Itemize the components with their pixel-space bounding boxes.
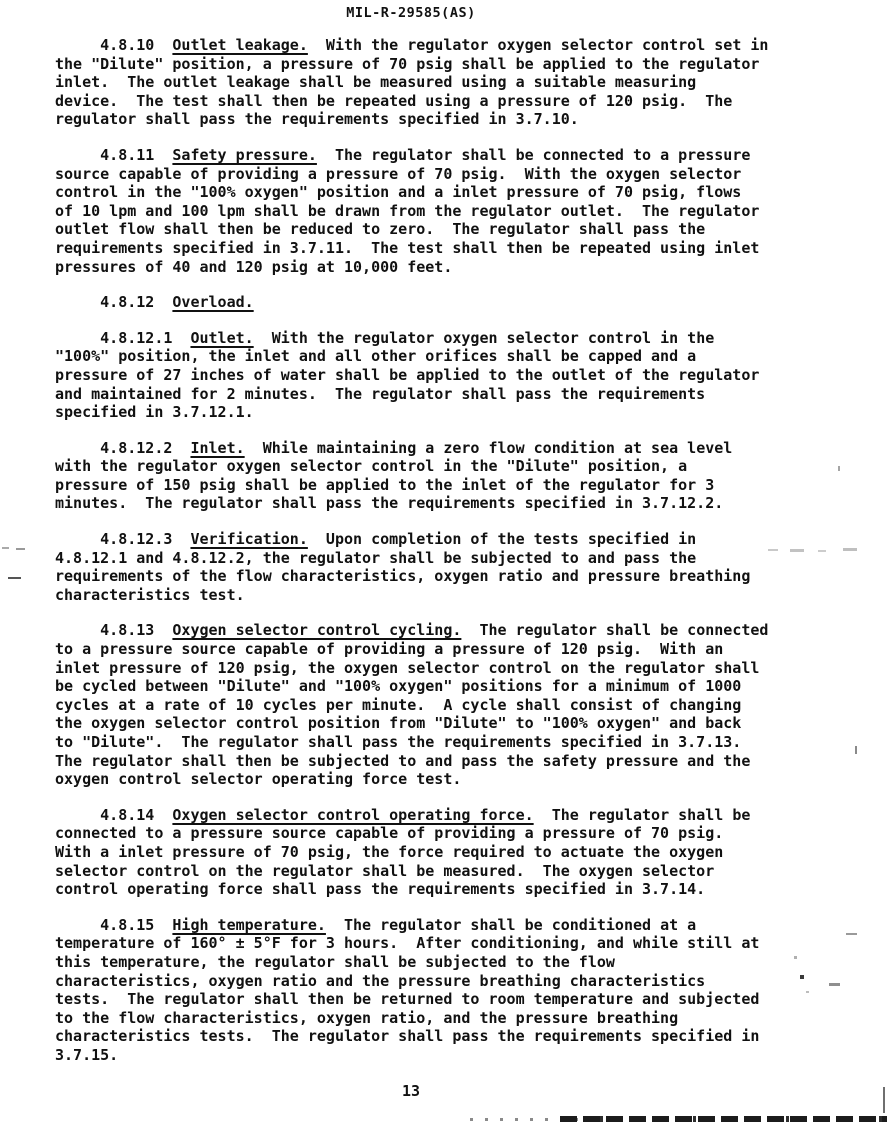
text-line: device. The test shall then be repeated … bbox=[55, 92, 845, 111]
scan-artifact bbox=[818, 550, 826, 552]
paragraph: 4.8.12.2 Inlet. While maintaining a zero… bbox=[55, 439, 845, 513]
text-segment: specified in 3.7.12.1. bbox=[55, 403, 254, 421]
text-line: 4.8.12.3 Verification. Upon completion o… bbox=[55, 530, 845, 549]
text-line: "100%" position, the inlet and all other… bbox=[55, 347, 845, 366]
text-segment: With the regulator oxygen selector contr… bbox=[308, 36, 769, 54]
text-line: be cycled between "Dilute" and "100% oxy… bbox=[55, 677, 845, 696]
paragraph: 4.8.14 Oxygen selector control operating… bbox=[55, 806, 845, 899]
text-line: inlet. The outlet leakage shall be measu… bbox=[55, 73, 845, 92]
text-segment: be cycled between "Dilute" and "100% oxy… bbox=[55, 677, 741, 695]
paragraph: 4.8.15 High temperature. The regulator s… bbox=[55, 916, 845, 1065]
text-segment: minutes. The regulator shall pass the re… bbox=[55, 494, 723, 512]
section-heading: Oxygen selector control operating force. bbox=[172, 806, 533, 824]
scan-artifact bbox=[829, 983, 840, 986]
text-segment: 4.8.14 bbox=[55, 806, 172, 824]
text-segment: to "Dilute". The regulator shall pass th… bbox=[55, 733, 741, 751]
paragraph: 4.8.10 Outlet leakage. With the regulato… bbox=[55, 36, 845, 129]
text-segment: to a pressure source capable of providin… bbox=[55, 640, 723, 658]
text-line: requirements of the flow characteristics… bbox=[55, 567, 845, 586]
scan-artifact bbox=[838, 466, 840, 471]
text-line: The regulator shall then be subjected to… bbox=[55, 752, 845, 771]
text-segment: 4.8.12 bbox=[55, 293, 172, 311]
text-line: and maintained for 2 minutes. The regula… bbox=[55, 385, 845, 404]
text-segment: regulator shall pass the requirements sp… bbox=[55, 110, 579, 128]
text-line: selector control on the regulator shall … bbox=[55, 862, 845, 881]
text-segment: inlet. The outlet leakage shall be measu… bbox=[55, 73, 696, 91]
text-line: outlet flow shall then be reduced to zer… bbox=[55, 220, 845, 239]
text-segment: source capable of providing a pressure o… bbox=[55, 165, 741, 183]
section-heading: Outlet leakage. bbox=[172, 36, 307, 54]
text-segment: the "Dilute" position, a pressure of 70 … bbox=[55, 55, 759, 73]
text-segment: Upon completion of the tests specified i… bbox=[308, 530, 696, 548]
text-segment: The regulator shall be bbox=[534, 806, 751, 824]
text-line: temperature of 160° ± 5°F for 3 hours. A… bbox=[55, 934, 845, 953]
scan-artifact bbox=[883, 1087, 885, 1113]
text-segment: 4.8.11 bbox=[55, 146, 172, 164]
scan-artifact bbox=[560, 1116, 887, 1122]
scan-artifact bbox=[800, 975, 804, 979]
text-segment: requirements of the flow characteristics… bbox=[55, 567, 750, 585]
paragraph: 4.8.11 Safety pressure. The regulator sh… bbox=[55, 146, 845, 276]
text-segment: characteristics tests. The regulator sha… bbox=[55, 1027, 759, 1045]
text-line: requirements specified in 3.7.11. The te… bbox=[55, 239, 845, 258]
text-segment: 4.8.12.3 bbox=[55, 530, 190, 548]
text-line: 4.8.14 Oxygen selector control operating… bbox=[55, 806, 845, 825]
scan-artifact bbox=[806, 991, 809, 993]
text-line: the "Dilute" position, a pressure of 70 … bbox=[55, 55, 845, 74]
text-segment: 4.8.12.1 and 4.8.12.2, the regulator sha… bbox=[55, 549, 696, 567]
text-line: 4.8.12.1 and 4.8.12.2, the regulator sha… bbox=[55, 549, 845, 568]
text-line: the oxygen selector control position fro… bbox=[55, 714, 845, 733]
text-line: characteristics test. bbox=[55, 586, 845, 605]
text-line: to the flow characteristics, oxygen rati… bbox=[55, 1009, 845, 1028]
text-segment: 4.8.12.2 bbox=[55, 439, 190, 457]
text-segment: pressure of 150 psig shall be applied to… bbox=[55, 476, 714, 494]
text-segment: selector control on the regulator shall … bbox=[55, 862, 714, 880]
text-line: characteristics, oxygen ratio and the pr… bbox=[55, 972, 845, 991]
text-line: with the regulator oxygen selector contr… bbox=[55, 457, 845, 476]
document-header: MIL-R-29585(AS) bbox=[55, 0, 767, 22]
section-heading: Overload. bbox=[172, 293, 253, 311]
paragraph: 4.8.13 Oxygen selector control cycling. … bbox=[55, 621, 845, 788]
text-line: characteristics tests. The regulator sha… bbox=[55, 1027, 845, 1046]
text-line: 4.8.10 Outlet leakage. With the regulato… bbox=[55, 36, 845, 55]
text-segment: requirements specified in 3.7.11. The te… bbox=[55, 239, 759, 257]
section-heading: Inlet. bbox=[190, 439, 244, 457]
text-line: specified in 3.7.12.1. bbox=[55, 403, 845, 422]
text-segment: 4.8.13 bbox=[55, 621, 172, 639]
text-line: tests. The regulator shall then be retur… bbox=[55, 990, 845, 1009]
text-segment: characteristics, oxygen ratio and the pr… bbox=[55, 972, 705, 990]
section-heading: Safety pressure. bbox=[172, 146, 317, 164]
text-line: inlet pressure of 120 psig, the oxygen s… bbox=[55, 659, 845, 678]
text-line: 4.8.12 Overload. bbox=[55, 293, 845, 312]
text-segment: The regulator shall be connected bbox=[461, 621, 768, 639]
text-segment: and maintained for 2 minutes. The regula… bbox=[55, 385, 705, 403]
text-line: 4.8.11 Safety pressure. The regulator sh… bbox=[55, 146, 845, 165]
text-segment: to the flow characteristics, oxygen rati… bbox=[55, 1009, 678, 1027]
scan-artifact bbox=[794, 956, 797, 959]
text-line: 4.8.12.1 Outlet. With the regulator oxyg… bbox=[55, 329, 845, 348]
text-line: to "Dilute". The regulator shall pass th… bbox=[55, 733, 845, 752]
text-line: pressures of 40 and 120 psig at 10,000 f… bbox=[55, 258, 845, 277]
paragraph: 4.8.12 Overload. bbox=[55, 293, 845, 312]
document-page: MIL-R-29585(AS) 4.8.10 Outlet leakage. W… bbox=[0, 0, 887, 1125]
text-segment: The regulator shall be connected to a pr… bbox=[317, 146, 750, 164]
text-segment: pressures of 40 and 120 psig at 10,000 f… bbox=[55, 258, 452, 276]
text-segment: tests. The regulator shall then be retur… bbox=[55, 990, 759, 1008]
text-line: pressure of 27 inches of water shall be … bbox=[55, 366, 845, 385]
scan-artifact bbox=[8, 577, 21, 579]
text-segment: control in the "100% oxygen" position an… bbox=[55, 183, 741, 201]
text-segment: inlet pressure of 120 psig, the oxygen s… bbox=[55, 659, 759, 677]
section-heading: Outlet. bbox=[190, 329, 253, 347]
text-segment: cycles at a rate of 10 cycles per minute… bbox=[55, 696, 741, 714]
text-segment: While maintaining a zero flow condition … bbox=[245, 439, 733, 457]
text-segment: pressure of 27 inches of water shall be … bbox=[55, 366, 759, 384]
text-segment: 4.8.15 bbox=[55, 916, 172, 934]
scan-artifact bbox=[768, 549, 778, 551]
text-line: this temperature, the regulator shall be… bbox=[55, 953, 845, 972]
text-segment: characteristics test. bbox=[55, 586, 245, 604]
text-segment: outlet flow shall then be reduced to zer… bbox=[55, 220, 705, 238]
text-segment: With a inlet pressure of 70 psig, the fo… bbox=[55, 843, 723, 861]
text-segment: device. The test shall then be repeated … bbox=[55, 92, 732, 110]
text-line: to a pressure source capable of providin… bbox=[55, 640, 845, 659]
scan-artifact bbox=[2, 547, 9, 549]
text-line: cycles at a rate of 10 cycles per minute… bbox=[55, 696, 845, 715]
text-segment: temperature of 160° ± 5°F for 3 hours. A… bbox=[55, 934, 759, 952]
text-segment: with the regulator oxygen selector contr… bbox=[55, 457, 687, 475]
text-line: 3.7.15. bbox=[55, 1046, 845, 1065]
scan-artifact bbox=[843, 548, 857, 551]
text-segment: The regulator shall then be subjected to… bbox=[55, 752, 750, 770]
section-heading: High temperature. bbox=[172, 916, 326, 934]
scan-artifact bbox=[846, 933, 857, 935]
text-line: pressure of 150 psig shall be applied to… bbox=[55, 476, 845, 495]
text-line: of 10 lpm and 100 lpm shall be drawn fro… bbox=[55, 202, 845, 221]
text-segment: The regulator shall be conditioned at a bbox=[326, 916, 696, 934]
text-segment: 4.8.12.1 bbox=[55, 329, 190, 347]
text-line: With a inlet pressure of 70 psig, the fo… bbox=[55, 843, 845, 862]
scan-artifact bbox=[16, 548, 25, 550]
text-line: 4.8.15 High temperature. The regulator s… bbox=[55, 916, 845, 935]
text-line: regulator shall pass the requirements sp… bbox=[55, 110, 845, 129]
text-segment: oxygen control selector operating force … bbox=[55, 770, 461, 788]
scan-artifact bbox=[790, 549, 804, 552]
text-line: 4.8.12.2 Inlet. While maintaining a zero… bbox=[55, 439, 845, 458]
text-segment: With the regulator oxygen selector contr… bbox=[254, 329, 715, 347]
document-body: 4.8.10 Outlet leakage. With the regulato… bbox=[55, 36, 845, 1065]
scan-artifact bbox=[855, 746, 857, 754]
text-line: oxygen control selector operating force … bbox=[55, 770, 845, 789]
text-segment: "100%" position, the inlet and all other… bbox=[55, 347, 696, 365]
text-segment: 3.7.15. bbox=[55, 1046, 118, 1064]
section-heading: Oxygen selector control cycling. bbox=[172, 621, 461, 639]
text-line: connected to a pressure source capable o… bbox=[55, 824, 845, 843]
section-heading: Verification. bbox=[190, 530, 307, 548]
text-segment: connected to a pressure source capable o… bbox=[55, 824, 723, 842]
text-line: source capable of providing a pressure o… bbox=[55, 165, 845, 184]
paragraph: 4.8.12.3 Verification. Upon completion o… bbox=[55, 530, 845, 604]
page-number: 13 bbox=[55, 1082, 767, 1101]
text-segment: 4.8.10 bbox=[55, 36, 172, 54]
paragraph: 4.8.12.1 Outlet. With the regulator oxyg… bbox=[55, 329, 845, 422]
text-line: minutes. The regulator shall pass the re… bbox=[55, 494, 845, 513]
text-line: control in the "100% oxygen" position an… bbox=[55, 183, 845, 202]
text-line: control operating force shall pass the r… bbox=[55, 880, 845, 899]
text-segment: the oxygen selector control position fro… bbox=[55, 714, 741, 732]
text-segment: of 10 lpm and 100 lpm shall be drawn fro… bbox=[55, 202, 759, 220]
text-segment: control operating force shall pass the r… bbox=[55, 880, 705, 898]
text-line: 4.8.13 Oxygen selector control cycling. … bbox=[55, 621, 845, 640]
text-segment: this temperature, the regulator shall be… bbox=[55, 953, 615, 971]
